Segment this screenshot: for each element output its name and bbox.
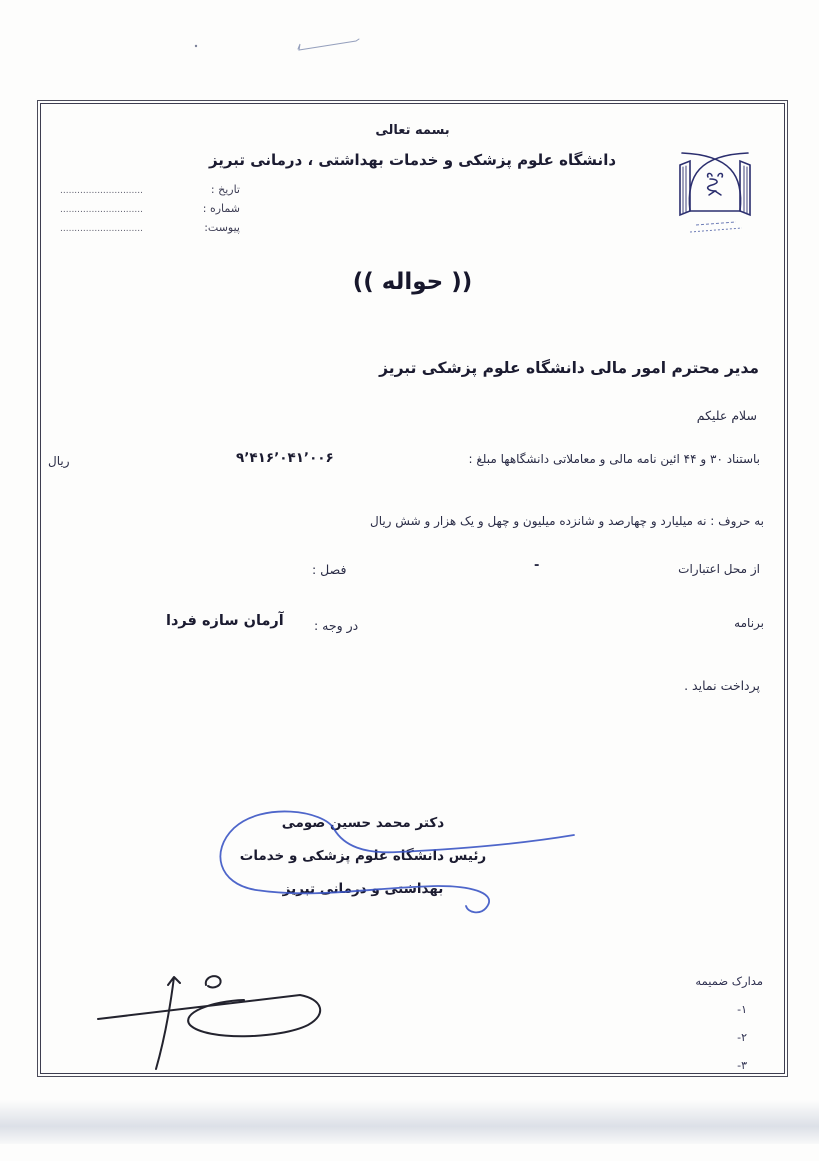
attachment-label: پیوست: [204,221,240,234]
signatory-title-line2: بهداشتی و درمانی تبریز [206,873,520,906]
chapter-label: فصل : [312,562,346,577]
greeting-line: سلام علیکم [697,408,757,423]
payee-name: آرمان سازه فردا [166,613,284,629]
attachments-label: مدارک ضمیمه [695,974,763,988]
number-label: شماره : [203,202,240,215]
attachment-item-2: ۲- [737,1031,747,1044]
date-field: تاریخ : ............................. [60,183,240,196]
legal-basis-text: باستناد ۳۰ و ۴۴ ائین نامه مالی و معاملات… [469,452,760,466]
signatory-title-line1: رئیس دانشگاه علوم پزشکی و خدمات [206,840,520,873]
attachment-field: پیوست: ............................. [60,221,240,234]
pay-instruction-line: پرداخت نماید . [684,678,760,693]
scanned-remittance-document: بسمه تعالی دانشگاه علوم پزشکی و خدمات به… [0,0,819,1161]
credit-value: - [534,558,539,573]
payable-to-label: در وجه : [314,618,358,633]
black-pen-signature [76,959,331,1081]
currency-label: ریال [48,454,70,468]
date-dotted-line: ............................. [60,186,207,196]
attachment-dotted-line: ............................. [60,224,200,234]
amount-value: ۹٬۴۱۶٬۰۴۱٬۰۰۶ [236,450,334,466]
stray-pen-marks [178,28,368,60]
number-field: شماره : ............................. [60,202,240,215]
signatory-block: دکتر محمد حسین صومی رئیس دانشگاه علوم پز… [206,807,520,906]
tabriz-medical-university-logo-icon [656,141,774,245]
addressee-line: مدیر محترم امور مالی دانشگاه علوم پزشکی … [379,359,759,377]
document-inner-border [40,103,785,1074]
scan-shadow-band [0,1100,819,1144]
from-credits-label: از محل اعتبارات [678,562,760,576]
attachment-item-1: ۱- [737,1003,747,1016]
date-label: تاریخ : [211,183,240,196]
number-dotted-line: ............................. [60,205,199,215]
bismillah-heading: بسمه تعالی [38,123,787,138]
program-label: برنامه [734,616,764,630]
signatory-name: دکتر محمد حسین صومی [206,807,520,840]
attachment-item-3: ۳- [737,1059,747,1072]
amount-in-words: به حروف : نه میلیارد و چهارصد و شانزده م… [370,514,764,528]
document-border-frame: بسمه تعالی دانشگاه علوم پزشکی و خدمات به… [37,100,788,1077]
document-title-havaleh: (( حواله )) [38,269,787,295]
letter-meta-fields: تاریخ : ............................. شم… [60,183,240,240]
